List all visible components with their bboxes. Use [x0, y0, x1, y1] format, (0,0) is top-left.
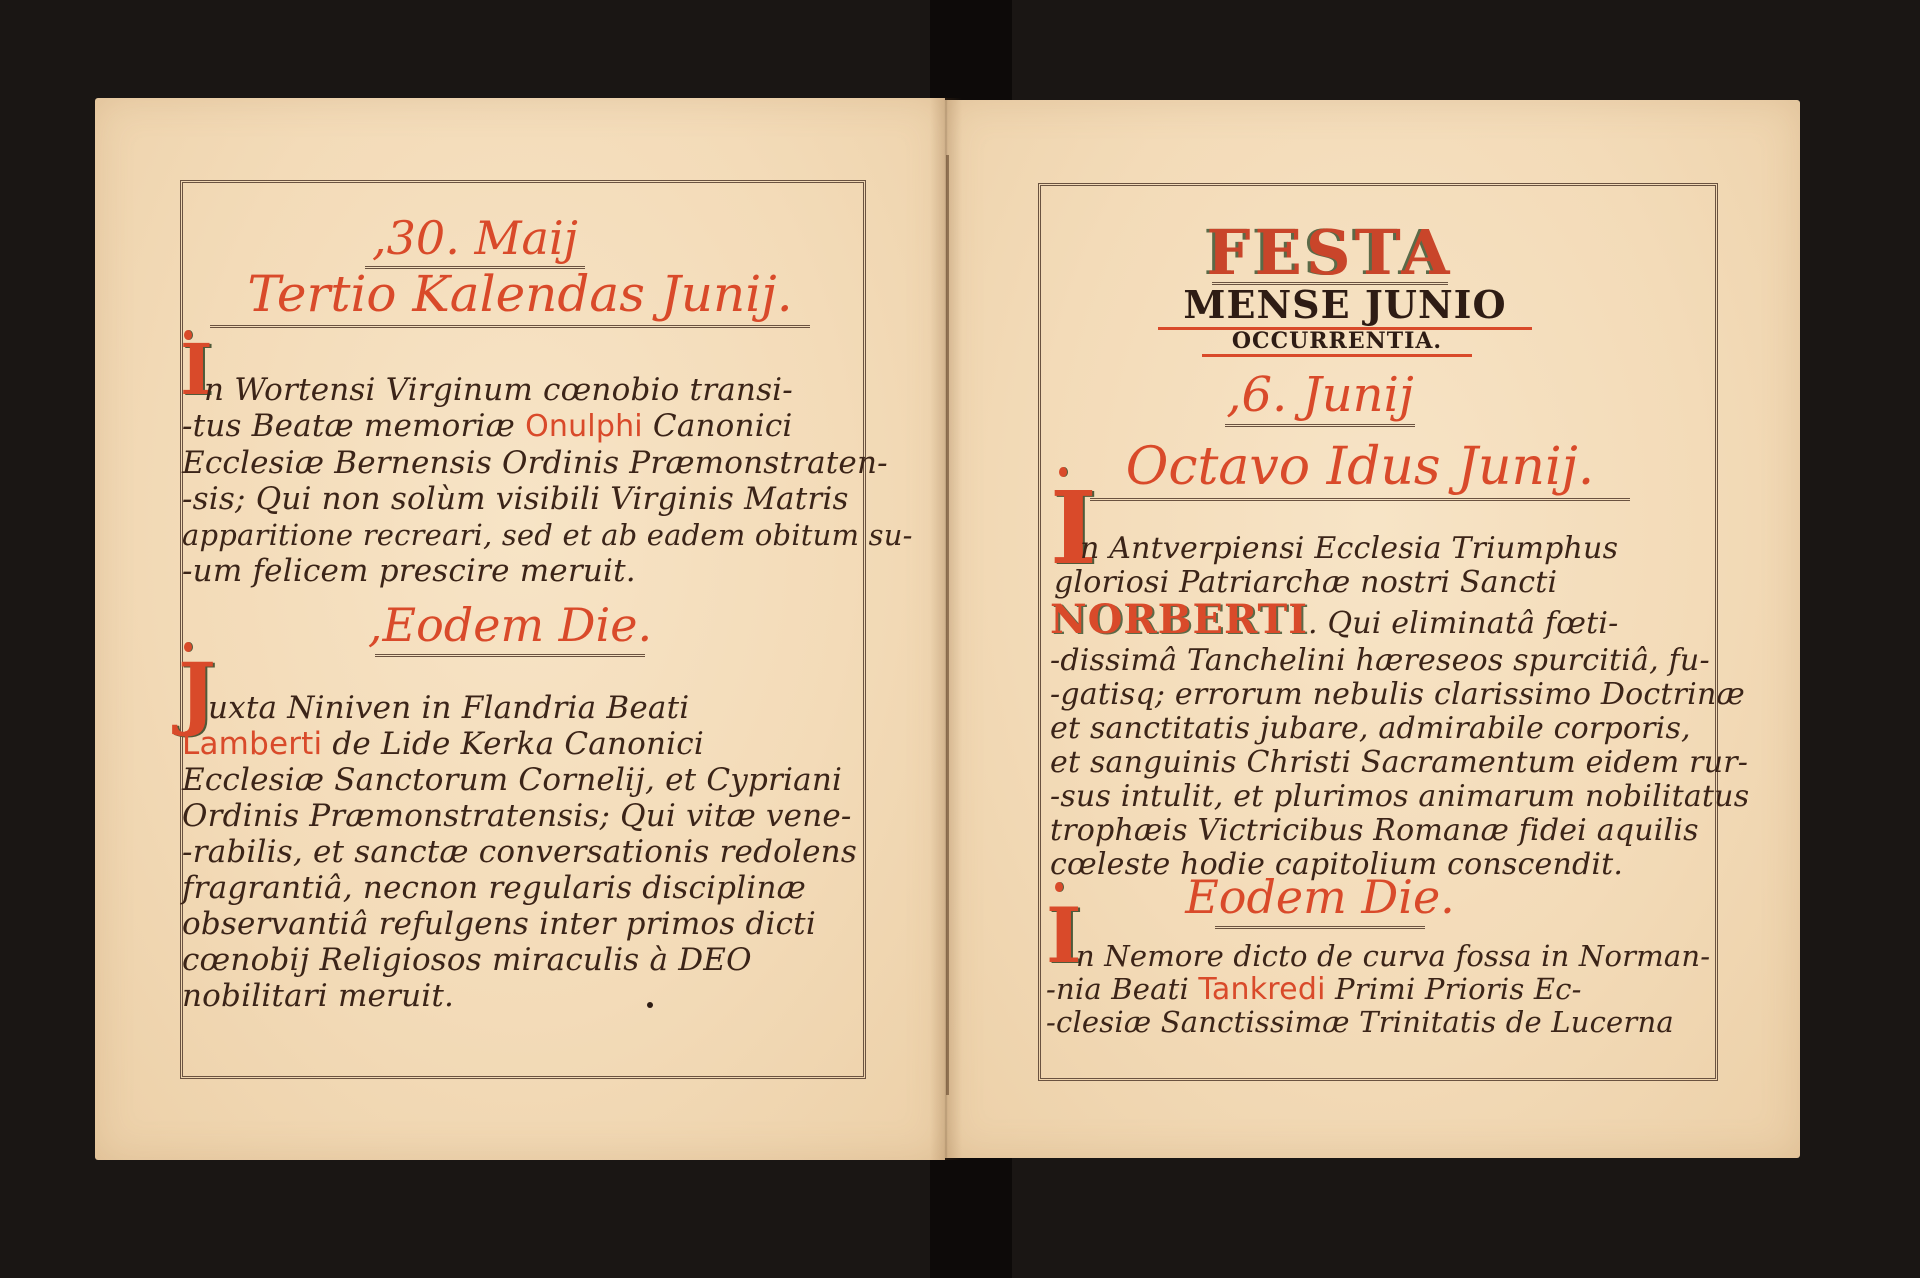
- saint-name-onulphi: Onulphi: [525, 409, 643, 444]
- left-entry-2: uxta Niniven in Flandria Beati Lamberti …: [182, 690, 872, 1014]
- text-line: n Nemore dicto de curva fossa in Norman-: [1046, 940, 1726, 973]
- text-line: et sanctitatis jubare, admirabile corpor…: [1050, 712, 1720, 746]
- text-line: fragrantiâ, necnon regularis disciplinæ: [182, 870, 872, 906]
- text-span: -nia Beati: [1046, 972, 1189, 1006]
- right-subheading: Eodem Die.: [1170, 870, 1470, 929]
- left-calendar-heading: Tertio Kalendas Junij.: [210, 265, 830, 328]
- saint-name-tankredi: Tankredi: [1198, 972, 1325, 1007]
- text-line: uxta Niniven in Flandria Beati: [182, 690, 872, 726]
- text-line: n Antverpiensi Ecclesia Triumphus: [1050, 532, 1720, 566]
- text-line: trophæis Victricibus Romanæ fidei aquili…: [1050, 814, 1720, 848]
- text-line: apparitione recreari, sed et ab eadem ob…: [182, 517, 872, 553]
- left-subheading: ,Eodem Die.: [340, 598, 680, 657]
- date-heading-text: ,30. Maij: [372, 211, 578, 265]
- subheading-text: ,Eodem Die.: [368, 598, 652, 652]
- text-line: et sanguinis Christi Sacramentum eidem r…: [1050, 746, 1720, 780]
- heading-rule: [375, 654, 645, 657]
- text-line: gloriosi Patriarchæ nostri Sancti: [1050, 566, 1720, 600]
- left-entry-1: n Wortensi Virginum cœnobio transi- -tus…: [182, 372, 872, 589]
- saint-name-norberti: NORBERTI: [1050, 596, 1308, 643]
- calendar-heading-text: Tertio Kalendas Junij.: [247, 265, 792, 323]
- heading-rule: [210, 325, 810, 328]
- gutter-fold-line: [946, 155, 949, 1095]
- date-heading-text: ,6. Junij: [1226, 367, 1414, 423]
- heading-rule: [1215, 926, 1425, 929]
- text-line: Ecclesiæ Sanctorum Cornelij, et Cypriani: [182, 762, 872, 798]
- text-line: -clesiæ Sanctissimæ Trinitatis de Lucern…: [1046, 1006, 1726, 1039]
- text-line: Ordinis Præmonstratensis; Qui vitæ vene-: [182, 798, 872, 834]
- subheading-text: Eodem Die.: [1185, 870, 1455, 924]
- text-span: de Lide Kerka Canonici: [332, 726, 704, 762]
- text-line: -rabilis, et sanctæ conversationis redol…: [182, 834, 872, 870]
- saint-name-lamberti: Lamberti: [182, 726, 322, 762]
- mense-junio-subtitle: MENSE JUNIO: [1158, 282, 1532, 330]
- text-span: Primi Prioris Ec-: [1335, 972, 1582, 1006]
- right-entry-2: n Nemore dicto de curva fossa in Norman-…: [1046, 940, 1726, 1039]
- text-line: nobilitari meruit.: [182, 978, 872, 1014]
- text-line: -tus Beatæ memoriæ Onulphi Canonici: [182, 408, 872, 445]
- right-entry-1: n Antverpiensi Ecclesia Triumphus glorio…: [1050, 532, 1720, 882]
- text-line: observantiâ refulgens inter primos dicti: [182, 906, 872, 942]
- text-line: Ecclesiæ Bernensis Ordinis Præmonstraten…: [182, 445, 872, 481]
- text-span: -tus Beatæ memoriæ: [182, 408, 515, 444]
- text-line: cœnobij Religiosos miraculis à DEO: [182, 942, 872, 978]
- text-line: n Wortensi Virginum cœnobio transi-: [182, 372, 872, 408]
- left-date-heading: ,30. Maij: [330, 212, 620, 269]
- right-date-heading: ,6. Junij: [1160, 368, 1480, 427]
- ink-dot: [647, 1002, 653, 1008]
- text-line: Lamberti de Lide Kerka Canonici: [182, 726, 872, 762]
- festa-title: FESTA: [1200, 216, 1460, 289]
- text-line: NORBERTI. Qui eliminatâ fœti-: [1050, 600, 1720, 644]
- text-span: . Qui eliminatâ fœti-: [1308, 606, 1619, 641]
- text-line: -sis; Qui non solùm visibili Virginis Ma…: [182, 481, 872, 517]
- text-span: Canonici: [653, 408, 793, 444]
- heading-rule: [1090, 498, 1630, 501]
- heading-rule: [1225, 424, 1415, 427]
- occurrentia-subtitle: OCCURRENTIA.: [1202, 328, 1472, 357]
- text-line: -gatisq; errorum nebulis clarissimo Doct…: [1050, 678, 1720, 712]
- text-line: -dissimâ Tanchelini hæreseos spurcitiâ, …: [1050, 644, 1720, 678]
- calendar-heading-text: Octavo Idus Junij.: [1126, 437, 1595, 497]
- right-calendar-heading: Octavo Idus Junij.: [1080, 438, 1640, 501]
- text-line: -sus intulit, et plurimos animarum nobil…: [1050, 780, 1720, 814]
- text-line: -um felicem prescire meruit.: [182, 553, 872, 589]
- text-line: -nia Beati Tankredi Primi Prioris Ec-: [1046, 973, 1726, 1006]
